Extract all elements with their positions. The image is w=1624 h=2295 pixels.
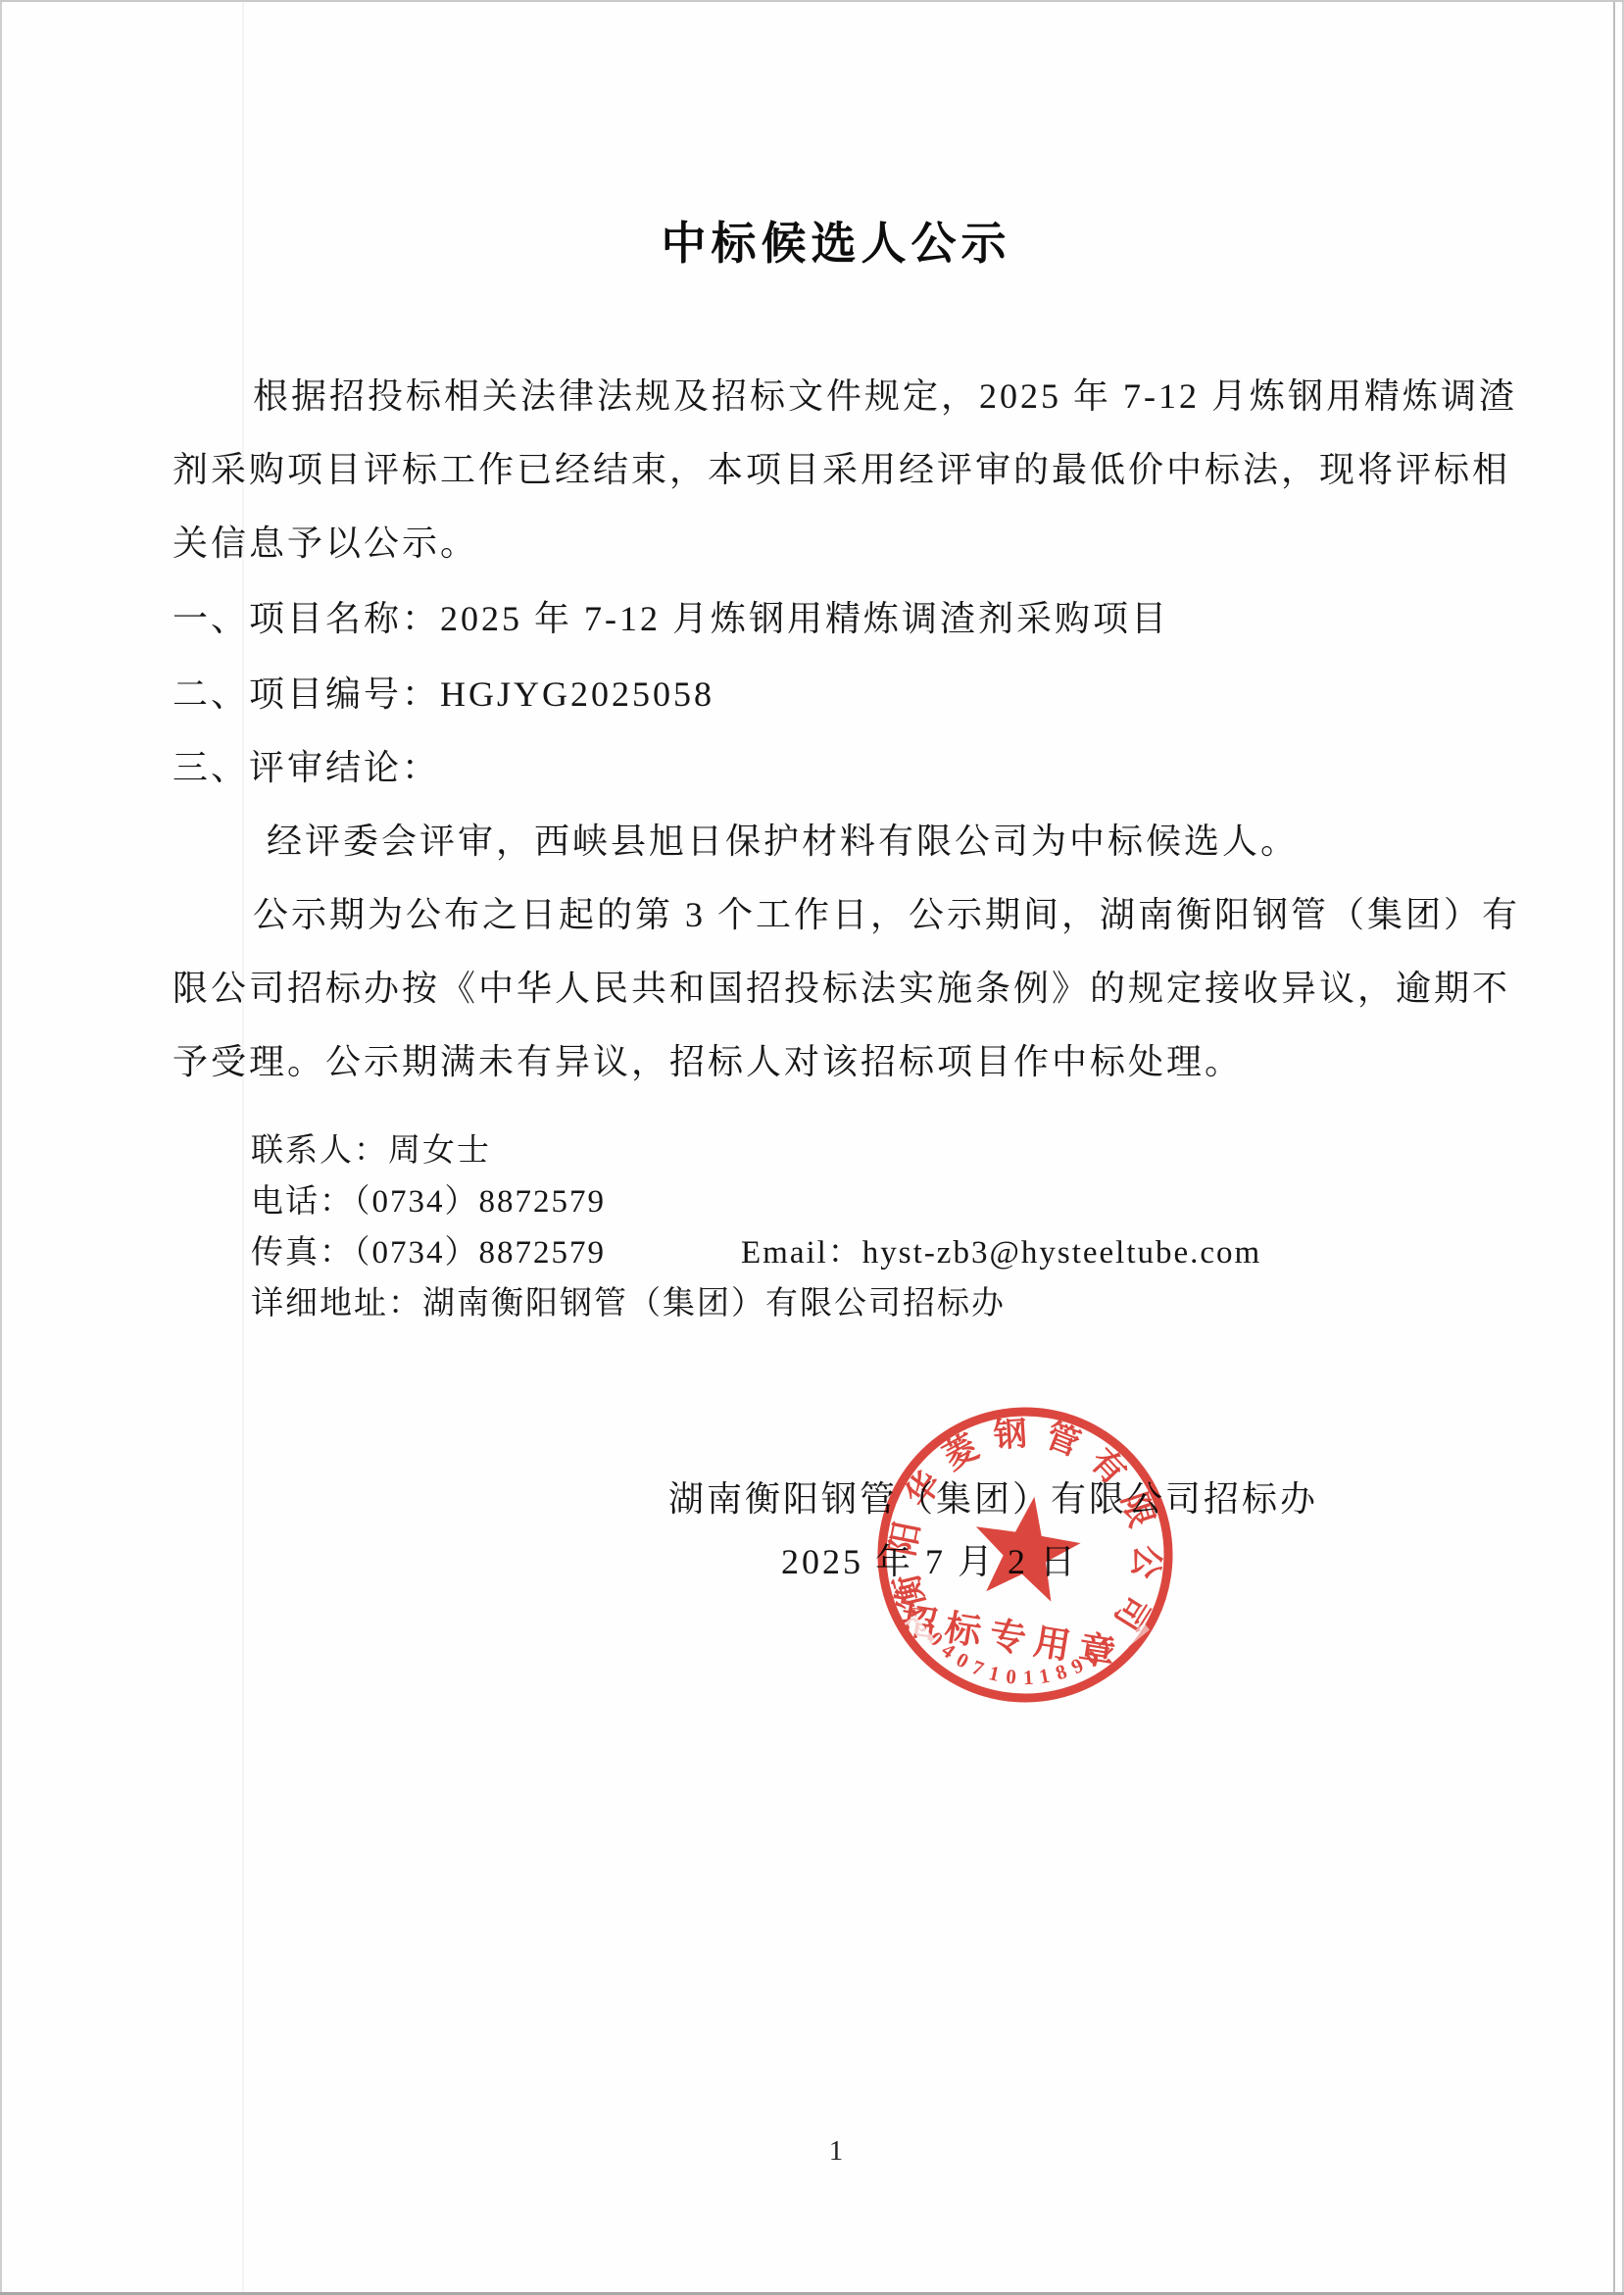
body-line: 剂采购项目评标工作已经结束，本项目采用经评审的最低价中标法，现将评标相 xyxy=(172,447,1510,492)
body-line: 公示期为公布之日起的第 3 个工作日，公示期间，湖南衡阳钢管（集团）有 xyxy=(253,892,1520,937)
page-number: 1 xyxy=(172,2135,1500,2168)
contact-phone: 电话：（0734）8872579 xyxy=(251,1181,606,1222)
body-line-item-3: 三、评审结论： xyxy=(172,745,440,790)
stamp-group: 衡阳华菱钢管有限公司 招标专用章 43040710118902 xyxy=(868,1398,1182,1712)
document-title: 中标候选人公示 xyxy=(172,208,1500,273)
contact-email: Email：hyst-zb3@hysteeltube.com xyxy=(741,1232,1261,1273)
body-line: 限公司招标办按《中华人民共和国招投标法实施条例》的规定接收异议，逾期不 xyxy=(172,966,1510,1011)
scan-edge-top xyxy=(0,0,1624,2)
scan-artifact-line-right xyxy=(1613,0,1615,2295)
contact-address: 详细地址：湖南衡阳钢管（集团）有限公司招标办 xyxy=(251,1283,1006,1324)
body-line-item-2: 二、项目编号：HGJYG2025058 xyxy=(172,672,714,717)
scan-artifact-line-left xyxy=(242,0,244,2295)
body-line: 根据招投标相关法律法规及招标文件规定，2025 年 7-12 月炼钢用精炼调渣 xyxy=(253,374,1517,419)
company-seal-stamp: 衡阳华菱钢管有限公司 招标专用章 43040710118902 xyxy=(868,1398,1182,1712)
contact-fax: 传真：（0734）8872579 xyxy=(251,1232,606,1273)
document-page: 中标候选人公示 根据招投标相关法律法规及招标文件规定，2025 年 7-12 月… xyxy=(0,0,1624,2295)
body-line-conclusion: 经评委会评审，西峡县旭日保护材料有限公司为中标候选人。 xyxy=(267,819,1299,864)
body-line-item-1: 一、项目名称：2025 年 7-12 月炼钢用精炼调渣剂采购项目 xyxy=(172,596,1169,641)
contact-person: 联系人：周女士 xyxy=(251,1130,491,1172)
stamp-star-icon xyxy=(966,1488,1087,1605)
body-line: 关信息予以公示。 xyxy=(172,521,478,566)
body-line: 予受理。公示期满未有异议，招标人对该招标项目作中标处理。 xyxy=(172,1039,1243,1084)
